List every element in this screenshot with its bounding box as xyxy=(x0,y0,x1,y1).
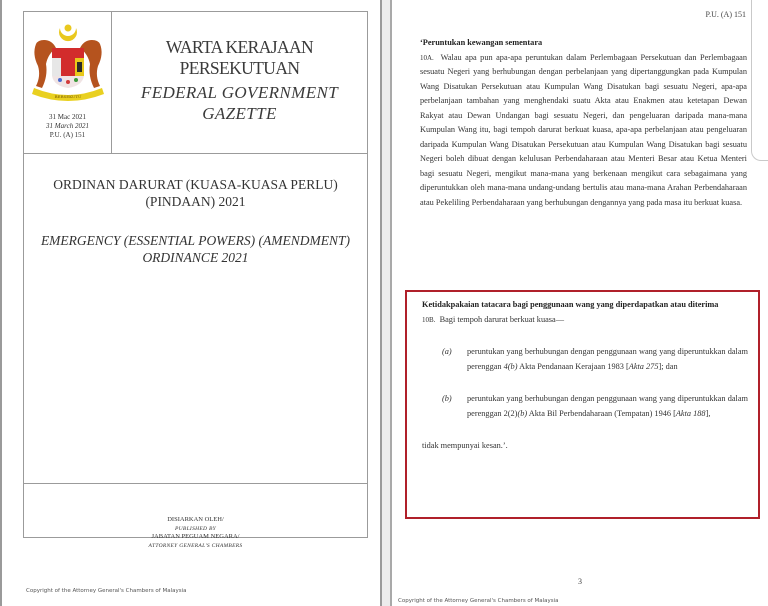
publisher-name-en: ATTORNEY GENERAL'S CHAMBERS xyxy=(24,542,367,551)
gazette-title-ms: WARTA KERAJAAN PERSEKUTUAN xyxy=(112,37,367,79)
paragraph-a-label: (a) xyxy=(422,345,467,374)
gazette-title-cell: WARTA KERAJAAN PERSEKUTUAN FEDERAL GOVER… xyxy=(112,12,367,153)
ordinance-title-en-line2: ORDINANCE 2021 xyxy=(24,249,367,266)
side-panel-edge xyxy=(751,0,768,161)
ordinance-title-ms: ORDINAN DARURAT (KUASA-KUASA PERLU) (PIN… xyxy=(24,176,367,210)
publisher-label-ms: DISIARKAN OLEH/ xyxy=(24,516,367,525)
gazette-title-en-line1: FEDERAL GOVERNMENT xyxy=(112,82,367,103)
svg-text:BERSEKUTU: BERSEKUTU xyxy=(55,94,82,99)
paragraph-b-text-after: ], xyxy=(706,409,711,418)
gazette-title-en: FEDERAL GOVERNMENT GAZETTE xyxy=(112,82,367,124)
issue-reference: P.U. (A) 151 xyxy=(24,131,111,140)
gazette-title-en-line2: GAZETTE xyxy=(112,103,367,124)
issue-date-en: 31 March 2021 xyxy=(24,122,111,131)
section-10a-body: 10A. Walau apa pun apa-apa peruntukan da… xyxy=(420,51,747,211)
paragraph-a-text-mid: Akta Pendanaan Kerajaan 1983 [ xyxy=(517,362,628,371)
section-10a-text: Walau apa pun apa-apa peruntukan dalam P… xyxy=(420,53,747,207)
page-gutter xyxy=(382,0,392,606)
ordinance-title-en-line1: EMERGENCY (ESSENTIAL POWERS) (AMENDMENT) xyxy=(24,232,367,249)
paragraph-a-ref: 4(b) xyxy=(504,362,518,371)
publisher-name-ms: JABATAN PEGUAM NEGARA/ xyxy=(24,533,367,542)
section-10b-closing: tidak mempunyai kesan.’. xyxy=(422,439,748,454)
ordinance-title-en: EMERGENCY (ESSENTIAL POWERS) (AMENDMENT)… xyxy=(24,232,367,266)
section-10a-heading: ‘Peruntukan kewangan sementara xyxy=(420,36,747,51)
crest-cell: BERSEKUTU 31 Mac 2021 31 March 2021 P.U.… xyxy=(24,12,112,153)
paragraph-a: (a) peruntukan yang berhubungan dengan p… xyxy=(422,345,748,374)
paragraph-b-text-mid: Akta Bil Perbendaharaan (Tempatan) 1946 … xyxy=(527,409,676,418)
paragraph-b: (b) peruntukan yang berhubungan dengan p… xyxy=(422,392,748,421)
section-10a-number: 10A. xyxy=(420,54,434,62)
paragraph-a-text-after: ]; dan xyxy=(658,362,677,371)
paragraph-b-text: peruntukan yang berhubungan dengan pengg… xyxy=(467,392,748,421)
page-number: 3 xyxy=(392,577,768,586)
paragraph-b-act: Akta 188 xyxy=(676,409,706,418)
section-10b-intro-line: 10B. Bagi tempoh darurat berkuat kuasa— xyxy=(422,313,748,328)
publisher-label-en: PUBLISHED BY xyxy=(24,525,367,534)
section-10a: ‘Peruntukan kewangan sementara 10A. Wala… xyxy=(420,36,747,210)
paragraph-a-text: peruntukan yang berhubungan dengan pengg… xyxy=(467,345,748,374)
cover-frame: BERSEKUTU 31 Mac 2021 31 March 2021 P.U.… xyxy=(23,11,368,538)
paragraph-b-ref: (b) xyxy=(517,409,527,418)
running-head: P.U. (A) 151 xyxy=(706,10,746,19)
ordinance-title: ORDINAN DARURAT (KUASA-KUASA PERLU) (PIN… xyxy=(24,176,367,266)
publisher-block: DISIARKAN OLEH/ PUBLISHED BY JABATAN PEG… xyxy=(24,483,367,559)
issue-metadata: 31 Mac 2021 31 March 2021 P.U. (A) 151 xyxy=(24,113,111,140)
highlighted-section-10b: Ketidakpakaian tatacara bagi penggunaan … xyxy=(405,290,760,519)
copyright-notice: Copyright of the Attorney General's Cham… xyxy=(26,588,187,594)
malaysia-coat-of-arms-icon: BERSEKUTU xyxy=(30,22,106,106)
section-10b: Ketidakpakaian tatacara bagi penggunaan … xyxy=(422,298,748,454)
section-10b-number: 10B. xyxy=(422,316,435,324)
section-10b-intro: Bagi tempoh darurat berkuat kuasa— xyxy=(440,315,564,324)
ordinance-title-ms-line1: ORDINAN DARURAT (KUASA-KUASA PERLU) xyxy=(24,176,367,193)
masthead: BERSEKUTU 31 Mac 2021 31 March 2021 P.U.… xyxy=(24,12,367,154)
ordinance-title-ms-line2: (PINDAAN) 2021 xyxy=(24,193,367,210)
copyright-notice-right: Copyright of the Attorney General's Cham… xyxy=(398,598,559,604)
gazette-cover-page: BERSEKUTU 31 Mac 2021 31 March 2021 P.U.… xyxy=(0,0,382,606)
gazette-content-page: P.U. (A) 151 ‘Peruntukan kewangan sement… xyxy=(392,0,768,606)
paragraph-b-label: (b) xyxy=(422,392,467,421)
section-10b-heading: Ketidakpakaian tatacara bagi penggunaan … xyxy=(422,298,748,313)
issue-date-ms: 31 Mac 2021 xyxy=(24,113,111,122)
paragraph-a-act: Akta 275 xyxy=(629,362,659,371)
